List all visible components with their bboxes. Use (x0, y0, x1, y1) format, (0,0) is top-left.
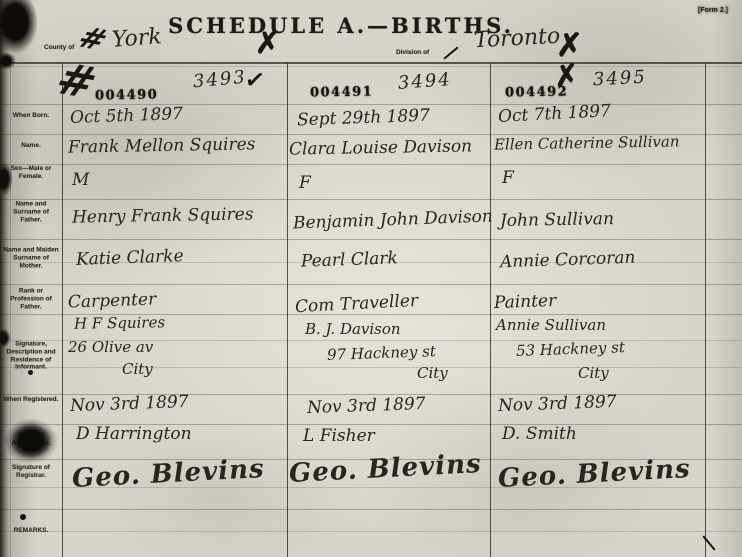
father-name-value: Benjamin John Davison (293, 209, 493, 233)
row-label-registrar: Signature of Registrar. (2, 464, 60, 480)
register-number: 3495 (593, 69, 648, 90)
child-name-value: Clara Louise Davison (289, 138, 472, 158)
stamp-number: 004490 (95, 87, 159, 103)
county-label: County of (44, 44, 74, 51)
record-column-2: 004491 3494 Sept 29th 1897 Clara Louise … (287, 63, 490, 557)
sex-value: F (502, 170, 514, 187)
column-divider (705, 63, 706, 557)
strike-x-icon: ✗ (255, 26, 280, 61)
mother-name-value: Katie Clarke (76, 248, 184, 269)
scanned-birth-register-page: [Form 2.] SCHEDULE A.—BIRTHS. County of … (0, 0, 742, 557)
row-label-rank: Rank or Profession of Father. (2, 287, 60, 310)
stamp-number: 004491 (310, 84, 374, 100)
when-registered-value: Nov 3rd 1897 (307, 396, 426, 417)
row-label-sex: Sex—Male or Female. (2, 165, 60, 181)
registrar-signature: Geo. Blevins (497, 456, 691, 492)
informant-address-value: 53 Hackney st (516, 340, 625, 359)
informant-name-value: Annie Sullivan (496, 318, 606, 333)
scan-blob (0, 52, 16, 70)
strike-slash-icon (443, 46, 458, 59)
row-label-when-born: When Born. (2, 112, 60, 120)
row-label-when-registered: When Registered. (2, 396, 60, 404)
when-registered-value: Nov 3rd 1897 (498, 394, 617, 415)
when-registered-value: Nov 3rd 1897 (70, 394, 189, 415)
strike-x-icon: ✗ (552, 58, 581, 95)
form-number-label: [Form 2.] (698, 7, 728, 14)
row-label-mother: Name and Maiden Surname of Mother. (2, 246, 60, 269)
division-value: Toronto (473, 26, 560, 52)
child-name-value: Ellen Catherine Sullivan (494, 134, 680, 152)
registrar-signature: Geo. Blevins (71, 456, 265, 492)
father-name-value: Henry Frank Squires (72, 206, 254, 226)
county-value: York (111, 26, 162, 51)
accoucheur-value: L Fisher (303, 428, 375, 445)
record-column-1: 004490 3493 ✓ Oct 5th 1897 Frank Mellon … (62, 63, 287, 557)
informant-address-value: 97 Hackney st (327, 344, 436, 363)
mother-name-value: Pearl Clark (301, 250, 398, 270)
informant-address-value: 26 Olive av (68, 340, 153, 355)
division-label: Division of (396, 49, 429, 56)
rank-value: Com Traveller (295, 293, 419, 316)
informant-city-value: City (578, 366, 609, 381)
informant-city-value: City (417, 366, 448, 381)
mother-name-value: Annie Corcoran (500, 250, 636, 272)
father-name-value: John Sullivan (500, 211, 614, 230)
informant-name-value: B. J. Davison (305, 322, 401, 337)
child-name-value: Frank Mellon Squires (68, 136, 256, 156)
row-label-father: Name and Surname of Father. (2, 200, 60, 223)
row-label-name: Name. (2, 142, 60, 150)
row-label-accoucheur: Name of Accoucheur. (2, 432, 60, 448)
sex-value: M (72, 172, 89, 189)
record-column-3: 004492 ✗ 3495 Oct 7th 1897 Ellen Catheri… (490, 63, 705, 557)
sex-value: F (299, 175, 311, 192)
register-number: 3493 (192, 69, 247, 92)
when-born-value: Oct 7th 1897 (498, 103, 612, 126)
ink-dot (20, 514, 26, 520)
row-label-informant: Signature, Description and Residence of … (2, 340, 60, 371)
when-born-value: Sept 29th 1897 (297, 108, 430, 130)
rank-value: Carpenter (68, 291, 157, 311)
row-label-remarks: REMARKS. (2, 527, 60, 535)
informant-name-value: H F Squires (74, 315, 165, 332)
registrar-signature: Geo. Blevins (288, 451, 482, 487)
register-number: 3494 (397, 71, 452, 93)
accoucheur-value: D Harrington (76, 426, 192, 443)
informant-city-value: City (122, 362, 153, 377)
when-born-value: Oct 5th 1897 (70, 106, 183, 127)
check-mark-icon: ✓ (243, 64, 267, 96)
rank-value: Painter (494, 293, 557, 312)
accoucheur-value: D. Smith (502, 426, 577, 443)
